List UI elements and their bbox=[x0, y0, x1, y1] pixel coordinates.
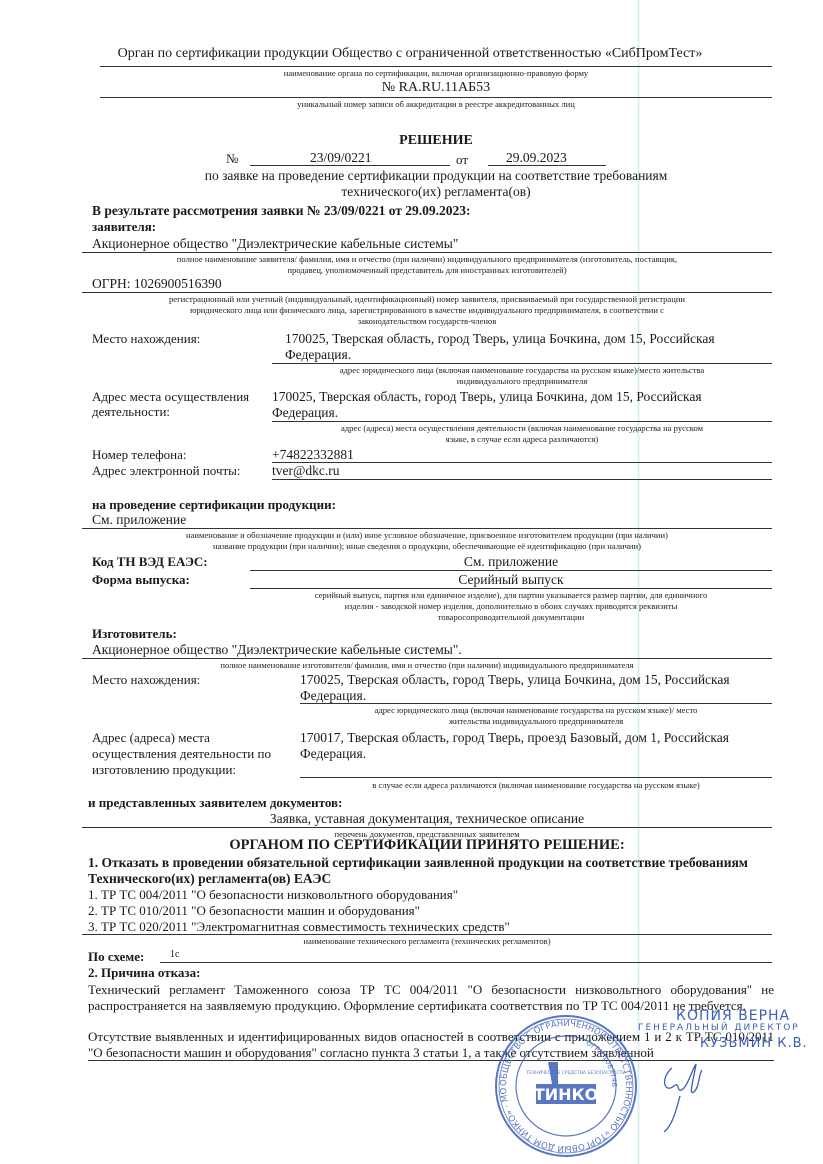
divider bbox=[82, 252, 772, 253]
applicant-label: заявителя: bbox=[92, 219, 156, 234]
caption: наименование технического регламента (те… bbox=[82, 936, 772, 947]
decision-number: 23/09/0221 bbox=[258, 150, 450, 165]
signature bbox=[650, 1056, 710, 1136]
documents-value: Заявка, уставная документация, техническ… bbox=[82, 811, 772, 826]
phone-value: +74822332881 bbox=[272, 447, 354, 462]
refusal-reason-heading: 2. Причина отказа: bbox=[88, 965, 200, 980]
manufacturer-location: Федерация. bbox=[300, 688, 366, 703]
divider bbox=[300, 777, 772, 778]
manufacturer-name: Акционерное общество "Диэлектрические ка… bbox=[92, 642, 462, 657]
caption: наименование и обозначение продукции и (… bbox=[82, 530, 772, 541]
regulation-item: 2. ТР ТС 010/2011 "О безопасности машин … bbox=[88, 903, 420, 918]
caption: изделия - заводской номер изделия, допол… bbox=[250, 601, 772, 612]
caption: адрес юридического лица (включая наимено… bbox=[272, 365, 772, 376]
divider bbox=[100, 66, 772, 67]
certification-body-name: Орган по сертификации продукции Общество… bbox=[100, 46, 720, 61]
divider bbox=[272, 421, 772, 422]
caption: товаросопроводительной документации bbox=[250, 612, 772, 623]
applicant-intro: В результате рассмотрения заявки № 23/09… bbox=[92, 203, 471, 218]
manufacturer-location-label: Место нахождения: bbox=[92, 672, 200, 687]
divider bbox=[250, 570, 772, 571]
divider bbox=[272, 462, 772, 463]
caption: название продукции (при наличии); иные с… bbox=[82, 541, 772, 552]
refusal-reason-paragraph: Технический регламент Таможенного союза … bbox=[88, 982, 774, 1013]
ruling-heading: ОРГАНОМ ПО СЕРТИФИКАЦИИ ПРИНЯТО РЕШЕНИЕ: bbox=[82, 838, 772, 853]
caption: индивидуального предпринимателя bbox=[272, 376, 772, 387]
accreditation-number: № RA.RU.11АБ53 bbox=[100, 80, 772, 95]
applicant-ogrn: ОГРН: 1026900516390 bbox=[92, 276, 222, 291]
company-seal: ОБЩЕСТВО С ОГРАНИЧЕННОЙ ОТВЕТСТВЕННОСТЬЮ… bbox=[492, 1012, 640, 1160]
production-address: Федерация. bbox=[300, 746, 366, 761]
phone-label: Номер телефона: bbox=[92, 447, 187, 462]
production-address-label: осуществления деятельности по bbox=[92, 746, 271, 761]
release-form-value: Серийный выпуск bbox=[250, 572, 772, 587]
caption: адрес юридического лица (включая наимено… bbox=[300, 705, 772, 716]
production-address: 170017, Тверская область, город Тверь, п… bbox=[300, 730, 729, 745]
applicant-location-label: Место нахождения: bbox=[92, 331, 200, 346]
email-label: Адрес электронной почты: bbox=[92, 463, 241, 478]
product-value: См. приложение bbox=[92, 512, 186, 527]
scheme-value: 1с bbox=[170, 947, 179, 962]
product-heading: на проведение сертификации продукции: bbox=[92, 497, 336, 512]
divider bbox=[300, 703, 772, 704]
divider bbox=[82, 934, 772, 935]
caption: адрес (адреса) места осуществления деяте… bbox=[272, 423, 772, 434]
divider bbox=[488, 165, 606, 166]
caption: полное наименование заявителя/ фамилия, … bbox=[82, 254, 772, 265]
tnved-label: Код ТН ВЭД ЕАЭС: bbox=[92, 554, 208, 569]
decision-title: РЕШЕНИЕ bbox=[100, 133, 772, 148]
caption: в случае если адреса различаются (включа… bbox=[300, 780, 772, 791]
applicant-location: 170025, Тверская область, город Тверь, у… bbox=[285, 331, 715, 346]
caption: уникальный номер записи об аккредитации … bbox=[100, 99, 772, 110]
caption: серийный выпуск, партия или единичное из… bbox=[250, 590, 772, 601]
caption: жительства индивидуального предпринимате… bbox=[300, 716, 772, 727]
decision-subtitle: технического(их) регламента(ов) bbox=[100, 184, 772, 199]
caption: законодательством государств-членов bbox=[82, 316, 772, 327]
tnved-value: См. приложение bbox=[250, 554, 772, 569]
divider bbox=[100, 97, 772, 98]
documents-heading: и представленных заявителем документов: bbox=[88, 795, 342, 810]
manufacturer-heading: Изготовитель: bbox=[92, 626, 177, 641]
divider bbox=[250, 588, 772, 589]
divider bbox=[250, 165, 450, 166]
date-label: от bbox=[456, 152, 468, 167]
regulation-item: 3. ТР ТС 020/2011 "Электромагнитная совм… bbox=[88, 919, 510, 934]
caption: регистрационный или учетный (индивидуаль… bbox=[82, 294, 772, 305]
regulation-item: 1. ТР ТС 004/2011 "О безопасности низков… bbox=[88, 887, 458, 902]
number-label: № bbox=[226, 151, 238, 166]
decision-date: 29.09.2023 bbox=[493, 150, 567, 165]
email-value: tver@dkc.ru bbox=[272, 463, 340, 478]
svg-text:ТЕХНИЧЕСКИЕ СРЕДСТВА БЕЗОПАСНО: ТЕХНИЧЕСКИЕ СРЕДСТВА БЕЗОПАСНОСТИ bbox=[525, 1070, 625, 1076]
applicant-name: Акционерное общество "Диэлектрические ка… bbox=[92, 236, 458, 251]
divider bbox=[272, 479, 772, 480]
divider bbox=[82, 827, 772, 828]
caption: наименование органа по сертификации, вкл… bbox=[100, 68, 772, 79]
applicant-activity-label: деятельности: bbox=[92, 404, 170, 419]
divider bbox=[82, 658, 772, 659]
production-address-label: изготовлению продукции: bbox=[92, 762, 236, 777]
divider bbox=[160, 962, 772, 963]
release-form-label: Форма выпуска: bbox=[92, 572, 190, 587]
decision-subtitle: по заявке на проведение сертификации про… bbox=[100, 168, 772, 183]
svg-text:ТИНКО: ТИНКО bbox=[534, 1085, 598, 1104]
applicant-activity-address: Федерация. bbox=[272, 405, 338, 420]
caption: юридического лица или физического лица, … bbox=[82, 305, 772, 316]
caption: продавец, уполномоченный представитель д… bbox=[82, 265, 772, 276]
applicant-activity-address: 170025, Тверская область, город Тверь, у… bbox=[272, 389, 702, 404]
applicant-activity-label: Адрес места осуществления bbox=[92, 389, 249, 404]
director-name: КУЗЬМИН К.В. bbox=[700, 1036, 808, 1051]
applicant-location: Федерация. bbox=[285, 347, 351, 362]
caption: языке, в случае если адреса различаются) bbox=[272, 434, 772, 445]
production-address-label: Адрес (адреса) места bbox=[92, 730, 210, 745]
divider bbox=[272, 363, 772, 364]
divider bbox=[82, 292, 772, 293]
ruling-point-1: Технического(их) регламента(ов) ЕАЭС bbox=[88, 871, 331, 886]
manufacturer-location: 170025, Тверская область, город Тверь, у… bbox=[300, 672, 730, 687]
ruling-point-1: 1. Отказать в проведении обязательной се… bbox=[88, 855, 748, 870]
copy-certified-mark: КОПИЯ ВЕРНА bbox=[676, 1008, 790, 1024]
scheme-label: По схеме: bbox=[88, 949, 144, 964]
divider bbox=[82, 528, 772, 529]
caption: полное наименование изготовителя/ фамили… bbox=[82, 660, 772, 671]
director-title: ГЕНЕРАЛЬНЫЙ ДИРЕКТОР bbox=[638, 1023, 800, 1033]
